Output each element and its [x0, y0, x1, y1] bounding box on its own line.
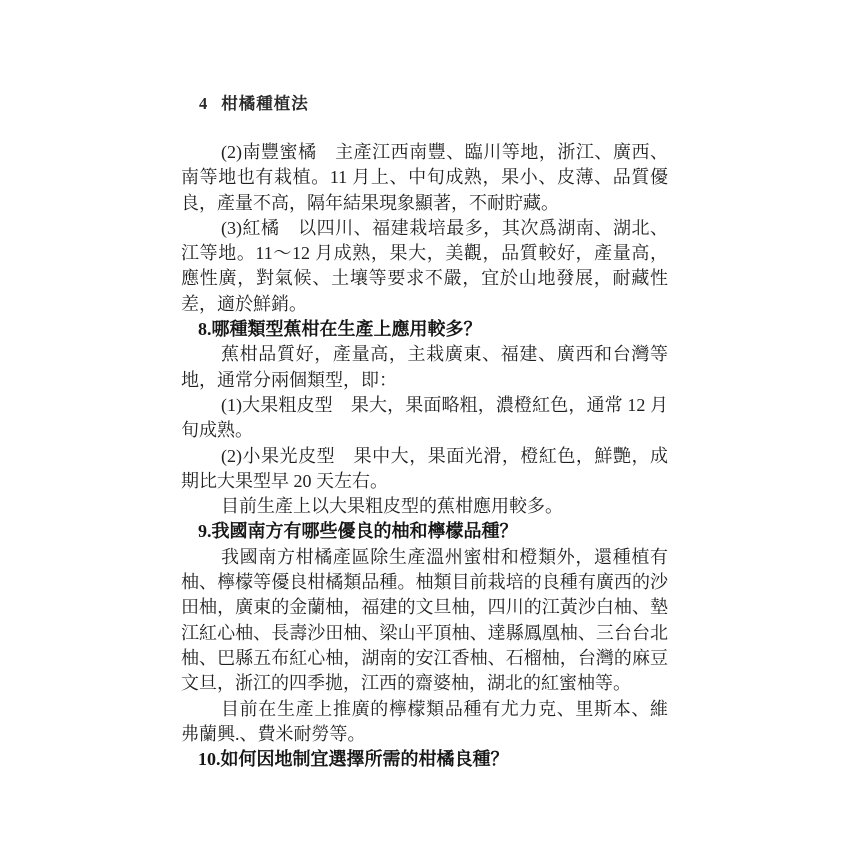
- paragraph: (2)小果光皮型 果中大，果面光滑，橙紅色，鮮艷，成熟期比大果型早 20 天左右…: [181, 444, 668, 495]
- book-title: 柑橘種植法: [221, 90, 309, 114]
- text-line: 8.哪種類型蕉柑在生產上應用較多？: [181, 317, 668, 342]
- question-heading: 10.如何因地制宜選擇所需的柑橘良種？: [181, 747, 668, 772]
- text-line: 田柚，廣東的金蘭柚，福建的文旦柚，四川的江黃沙白柚、墊: [181, 595, 668, 620]
- text-line: 地，通常分兩個類型，即：: [181, 368, 668, 393]
- text-line: (1)大果粗皮型 果大，果面略粗，濃橙紅色，通常 12 月中: [181, 393, 668, 418]
- paragraph: (2)南豐蜜橘 主產江西南豐、臨川等地，浙江、廣西、湖南等地也有栽植。11 月上…: [181, 140, 668, 216]
- text-line: 旬成熟。: [181, 418, 668, 443]
- question-heading: 8.哪種類型蕉柑在生產上應用較多？: [181, 317, 668, 342]
- text-line: (2)南豐蜜橘 主產江西南豐、臨川等地，浙江、廣西、湖: [181, 140, 668, 165]
- text-line: 江紅心柚、長壽沙田柚、梁山平頂柚、達縣鳳凰柚、三台台北: [181, 621, 668, 646]
- text-line: 弗蘭興.、費米耐勞等。: [181, 722, 668, 747]
- text-line: 文旦，浙江的四季拋，江西的齋婆柚，湖北的紅蜜柚等。: [181, 671, 668, 696]
- paragraph: 目前在生產上推廣的檸檬類品種有尤力克、里斯本、維拉弗蘭興.、費米耐勞等。: [181, 697, 668, 748]
- text-line: 柚、巴縣五布紅心柚，湖南的安江香柚、石榴柚，台灣的麻豆: [181, 646, 668, 671]
- paragraph: (3)紅橘 以四川、福建栽培最多，其次爲湖南、湖北、浙江等地。11～12 月成熟…: [181, 216, 668, 317]
- book-page: 4 柑橘種植法 (2)南豐蜜橘 主產江西南豐、臨川等地，浙江、廣西、湖南等地也有…: [0, 0, 850, 850]
- text-line: 目前生產上以大果粗皮型的蕉柑應用較多。: [181, 494, 668, 519]
- text-line: 蕉柑品質好，產量高，主栽廣東、福建、廣西和台灣等: [181, 342, 668, 367]
- text-line: (2)小果光皮型 果中大，果面光滑，橙紅色，鮮艷，成熟: [181, 444, 668, 469]
- text-line: 應性廣，對氣候、土壤等要求不嚴，宜於山地發展，耐藏性: [181, 266, 668, 291]
- paragraph: 蕉柑品質好，產量高，主栽廣東、福建、廣西和台灣等地，通常分兩個類型，即：: [181, 342, 668, 393]
- text-line: 期比大果型早 20 天左右。: [181, 469, 668, 494]
- text-line: 10.如何因地制宜選擇所需的柑橘良種？: [181, 747, 668, 772]
- text-line: 9.我國南方有哪些優良的柚和檸檬品種？: [181, 519, 668, 544]
- text-line: 南等地也有栽植。11 月上、中旬成熟，果小、皮薄、品質優: [181, 165, 668, 190]
- text-line: 我國南方柑橘產區除生產溫州蜜柑和橙類外，還種植有: [181, 545, 668, 570]
- running-header: 4 柑橘種植法: [199, 90, 309, 114]
- text-line: 目前在生產上推廣的檸檬類品種有尤力克、里斯本、維拉: [181, 697, 668, 722]
- text-line: 江等地。11～12 月成熟，果大，美觀，品質較好，產量高，適: [181, 241, 668, 266]
- page-number: 4: [199, 94, 207, 114]
- text-line: 良，產量不高，隔年結果現象顯著，不耐貯藏。: [181, 191, 668, 216]
- paragraph: (1)大果粗皮型 果大，果面略粗，濃橙紅色，通常 12 月中旬成熟。: [181, 393, 668, 444]
- text-line: 差，適於鮮銷。: [181, 292, 668, 317]
- question-heading: 9.我國南方有哪些優良的柚和檸檬品種？: [181, 519, 668, 544]
- page-body: (2)南豐蜜橘 主產江西南豐、臨川等地，浙江、廣西、湖南等地也有栽植。11 月上…: [181, 140, 668, 772]
- paragraph: 我國南方柑橘產區除生產溫州蜜柑和橙類外，還種植有柚、檸檬等優良柑橘類品種。柚類目…: [181, 545, 668, 697]
- paragraph: 目前生產上以大果粗皮型的蕉柑應用較多。: [181, 494, 668, 519]
- text-line: 柚、檸檬等優良柑橘類品種。柚類目前栽培的良種有廣西的沙: [181, 570, 668, 595]
- text-line: (3)紅橘 以四川、福建栽培最多，其次爲湖南、湖北、浙: [181, 216, 668, 241]
